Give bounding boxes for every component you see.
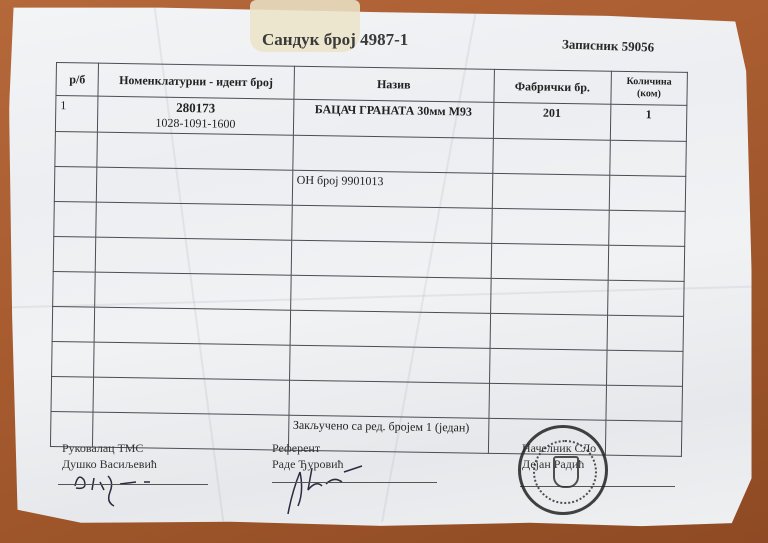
cell-quantity: 1 bbox=[610, 104, 687, 141]
cell-on-number: ОН број 9901013 bbox=[292, 170, 493, 208]
handwritten-signature bbox=[278, 462, 388, 522]
signature-line bbox=[272, 482, 437, 483]
header-nomenclature: Номенклатурни - идент број bbox=[98, 63, 294, 99]
ident-number: 1028-1091-1600 bbox=[102, 115, 289, 133]
inventory-table: р/б Номенклатурни - идент број Назив Фаб… bbox=[50, 62, 688, 457]
cell-factory-no: 201 bbox=[493, 102, 611, 140]
signature-role: Руковалац ТМС bbox=[62, 440, 157, 456]
header-factory-no: Фабрички бр. bbox=[494, 69, 612, 104]
handwritten-signature bbox=[70, 468, 180, 508]
header-quantity: Количина (ком) bbox=[611, 71, 688, 105]
signature-line bbox=[58, 484, 208, 485]
cell-nomenclature: 280173 1028-1091-1600 bbox=[98, 96, 294, 135]
signature-role: Референт bbox=[272, 440, 344, 456]
cell-rb: 1 bbox=[55, 96, 98, 133]
crate-number-title: Сандук број 4987-1 bbox=[262, 30, 408, 50]
cell-name: БАЦАЧ ГРАНАТА 30мм М93 bbox=[293, 99, 494, 138]
coat-of-arms-icon bbox=[553, 456, 579, 488]
record-number: Записник 59056 bbox=[562, 36, 655, 55]
header-name: Назив bbox=[293, 66, 494, 102]
header-rb: р/б bbox=[56, 63, 99, 97]
official-seal-stamp bbox=[518, 425, 608, 515]
